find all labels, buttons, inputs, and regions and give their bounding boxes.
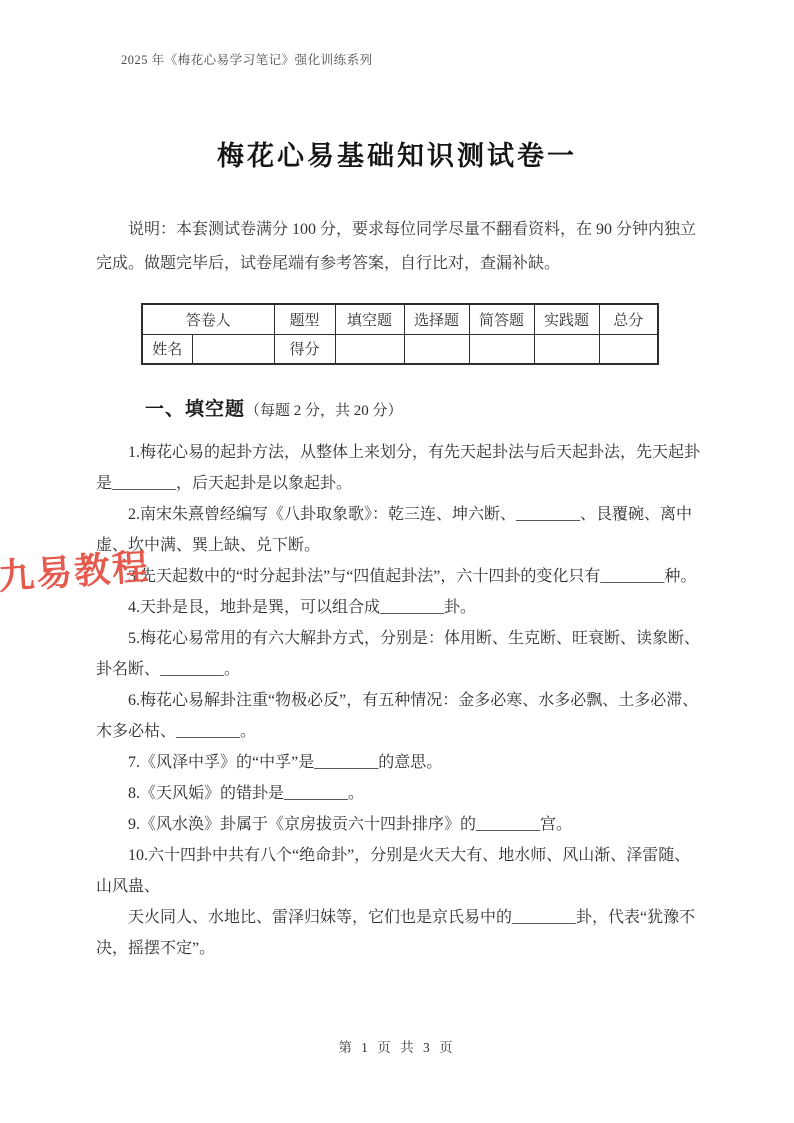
cell-total-score-label: 总分 [599,304,658,334]
cell-fill-blank-label: 填空题 [335,304,404,334]
question-item-2: 2.南宋朱熹曾经编写《八卦取象歌》：乾三连、坤六断、________、艮覆碗、离… [96,499,700,561]
series-note: 2025 年《梅花心易学习笔记》强化训练系列 [121,50,373,68]
question-item-8: 8.《天风姤》的错卦是________。 [96,778,700,809]
question-item-1: 1.梅花心易的起卦方法，从整体上来划分，有先天起卦法与后天起卦法，先天起卦是__… [96,437,700,499]
question-item-10: 10.六十四卦中共有八个“绝命卦”，分别是火天大有、地水师、风山渐、泽雷随、山风… [96,840,700,902]
cell-fill-blank-score [335,334,404,364]
cell-name-label: 姓名 [142,334,192,364]
cell-short-answer-score [469,334,534,364]
cell-score-label: 得分 [274,334,335,364]
question-item-7: 7.《风泽中孚》的“中孚”是________的意思。 [96,747,700,778]
question-item-4: 4.天卦是艮，地卦是巽，可以组合成________卦。 [96,592,700,623]
cell-practice-label: 实践题 [534,304,599,334]
question-item-10-continued: 天火同人、水地比、雷泽归妹等，它们也是京氏易中的________卦，代表“犹豫不… [96,902,700,964]
cell-multiple-choice-score [404,334,469,364]
question-item-3: 3.先天起数中的“时分起卦法”与“四值起卦法”，六十四卦的变化只有_______… [96,561,700,592]
cell-total-score-value [599,334,658,364]
table-score-row: 姓名 得分 [142,334,658,364]
question-item-9: 9.《风水涣》卦属于《京房拔贡六十四卦排序》的________宫。 [96,809,700,840]
page-footer: 第 1 页 共 3 页 [0,1036,794,1056]
document-page: 2025 年《梅花心易学习笔记》强化训练系列 梅花心易基础知识测试卷一 说明：本… [0,0,794,1123]
instructions-paragraph: 说明：本套测试卷满分 100 分，要求每位同学尽量不翻看资料，在 90 分钟内独… [96,213,697,281]
cell-answerer-label: 答卷人 [142,304,274,334]
score-table: 答卷人 题型 填空题 选择题 简答题 实践题 总分 姓名 得分 [141,303,659,365]
section-note: （每题 2 分，共 20 分） [245,403,403,419]
page-title: 梅花心易基础知识测试卷一 [0,134,794,173]
section-heading: 一、填空题（每题 2 分，共 20 分） [145,394,403,421]
cell-name-input [192,334,274,364]
cell-practice-score [534,334,599,364]
question-item-5: 5.梅花心易常用的有六大解卦方式，分别是：体用断、生克断、旺衰断、读象断、卦名断… [96,623,700,685]
table-header-row: 答卷人 题型 填空题 选择题 简答题 实践题 总分 [142,304,658,334]
cell-short-answer-label: 简答题 [469,304,534,334]
cell-question-type-label: 题型 [274,304,335,334]
cell-multiple-choice-label: 选择题 [404,304,469,334]
questions-list: 1.梅花心易的起卦方法，从整体上来划分，有先天起卦法与后天起卦法，先天起卦是__… [96,437,700,964]
question-item-6: 6.梅花心易解卦注重“物极必反”，有五种情况：金多必寒、水多必飘、土多必滞、木多… [96,685,700,747]
section-title: 一、填空题 [145,399,245,420]
